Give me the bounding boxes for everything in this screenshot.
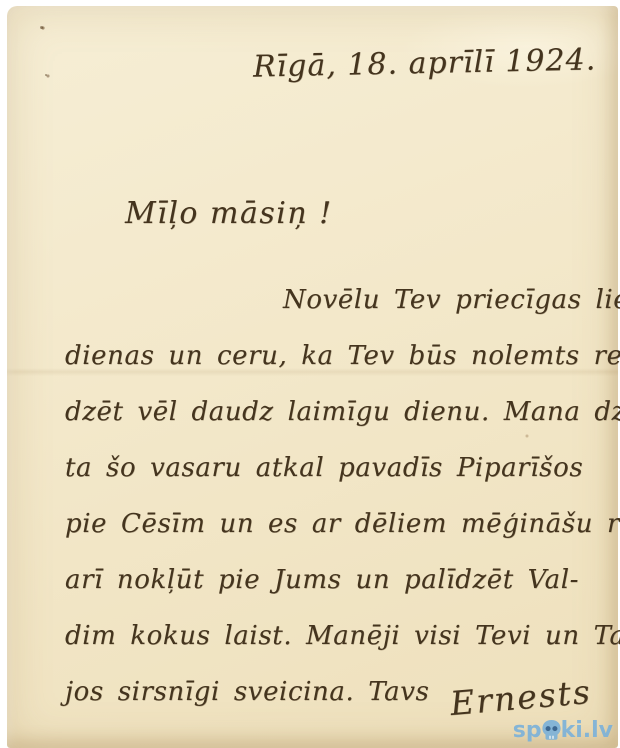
paper-speck [40,26,43,29]
skull-icon [541,719,562,747]
watermark-text-prefix: sp [513,720,542,742]
watermark-text-suffix: ki.lv [561,720,613,742]
watermark-spoki-lv: sp ki.lv [513,717,613,745]
letter-line-6: arī nokļūt pie Jums un palīdzēt Val- [65,552,600,608]
paper-speck [45,74,47,76]
letter-line-1: Novēlu Tev priecīgas liel- [65,272,600,328]
letter-line-7: dim kokus laist. Manēji visi Tevi un Tav… [65,608,600,664]
letter-line-5: pie Cēsīm un es ar dēliem mēģināšu reiz [65,496,600,552]
letter-body: Novēlu Tev priecīgas liel- dienas un cer… [65,272,600,720]
letter-line-3: dzēt vēl daudz laimīgu dienu. Mana dzim- [65,384,600,440]
letter-line-2: dienas un ceru, ka Tev būs nolemts re- [65,328,600,384]
letter-line-4: ta šo vasaru atkal pavadīs Piparīšos [65,440,600,496]
letter-dateline: Rīgā, 18. aprīlī 1924. [252,42,596,84]
letter-paper: Rīgā, 18. aprīlī 1924. Mīļo māsiņ ! Novē… [7,6,618,748]
letter-photo: Rīgā, 18. aprīlī 1924. Mīļo māsiņ ! Novē… [0,0,620,748]
letter-salutation: Mīļo māsiņ ! [125,196,333,231]
